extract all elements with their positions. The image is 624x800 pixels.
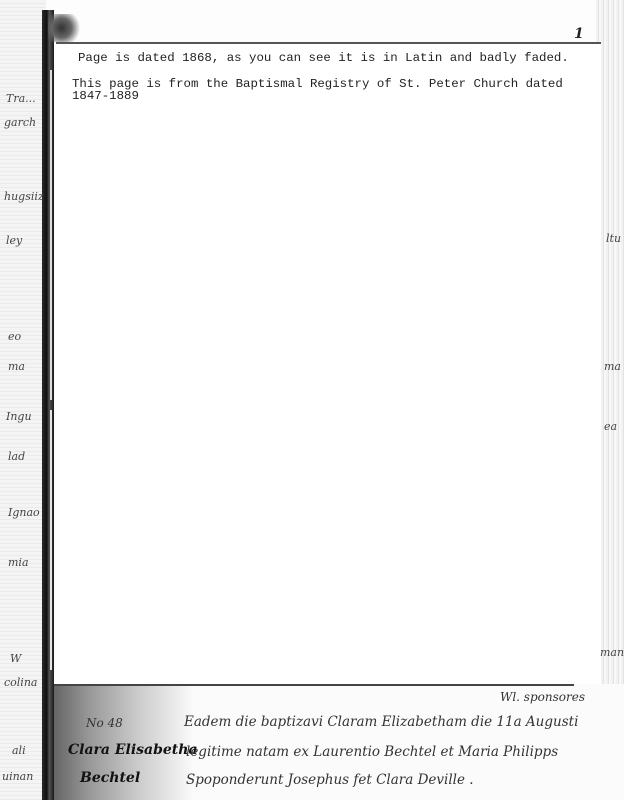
page-number-mark: 1: [574, 26, 584, 42]
entry-text-line-1: Eadem die baptizavi Claram Elizabetham d…: [184, 714, 578, 730]
margin-fragment: ma: [8, 360, 25, 373]
margin-fragment: uinan: [2, 770, 33, 783]
typed-note-line-2: This page is from the Baptismal Registry…: [72, 78, 563, 102]
spine-highlight: [50, 70, 52, 400]
entry-text-line-2: legitime natam ex Laurentio Bechtel et M…: [186, 744, 558, 760]
typed-note-line-2-text: This page is from the Baptismal Registry…: [72, 77, 563, 91]
margin-fragment: W: [10, 652, 21, 665]
margin-fragment: Ingu: [6, 410, 32, 423]
margin-fragment: ley: [6, 234, 22, 247]
margin-fragment: mia: [8, 556, 29, 569]
margin-fragment: ea: [604, 420, 617, 433]
binding-spine: [42, 10, 54, 800]
margin-fragment: lad: [8, 450, 25, 463]
ink-smudge: [48, 14, 82, 42]
margin-fragment: Ignao: [8, 506, 40, 519]
margin-fragment: Tra...: [6, 92, 36, 105]
entry-header-right: Wl. sponsores: [500, 690, 585, 704]
typed-note-line-1: Page is dated 1868, as you can see it is…: [78, 52, 569, 64]
entry-text-line-3: Spoponderunt Josephus fet Clara Deville …: [186, 772, 474, 788]
entry-number: No 48: [86, 716, 123, 730]
margin-fragment: colina: [4, 676, 37, 689]
margin-fragment: hugsiiz: [4, 190, 44, 203]
spine-highlight-lower: [50, 410, 52, 670]
child-surname: Bechtel: [80, 770, 140, 786]
margin-fragment: garch: [4, 116, 36, 129]
typed-note-line-3-text: 1847-1889: [72, 89, 139, 103]
overlay-paper: [56, 42, 601, 684]
page-edge-rule: [54, 684, 574, 686]
child-name: Clara Elisabetha: [68, 742, 198, 758]
margin-fragment: man: [600, 646, 624, 659]
margin-fragment: ali: [12, 744, 26, 757]
margin-fragment: eo: [8, 330, 21, 343]
margin-fragment: ma: [604, 360, 621, 373]
margin-fragment: ltu: [606, 232, 621, 245]
